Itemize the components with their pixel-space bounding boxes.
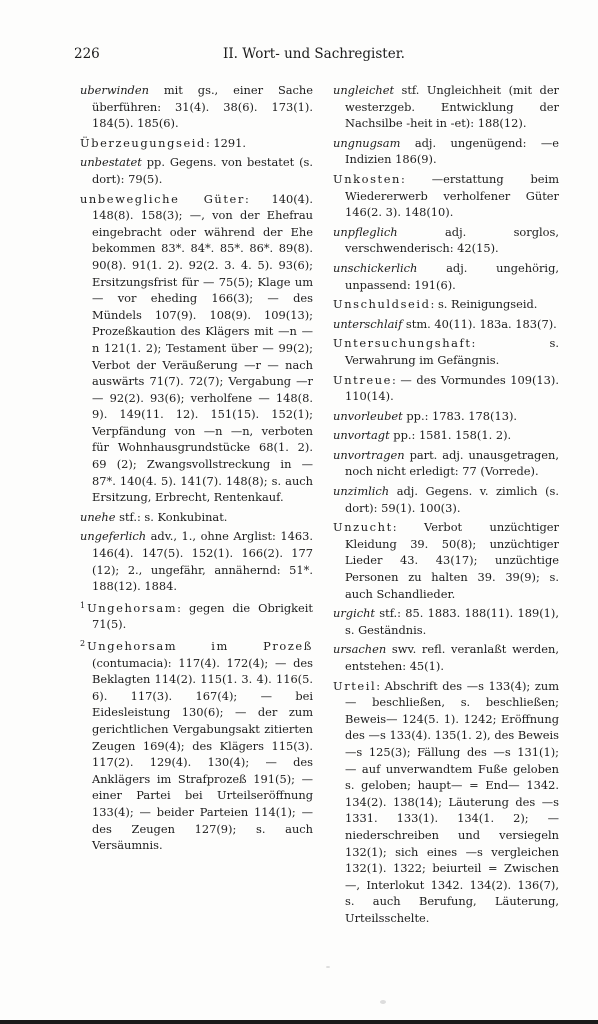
index-entry: 2Ungehorsam im Prozeß (contumacia): 117(… <box>80 636 313 854</box>
index-entry: urgicht stf.: 85. 1883. 188(11). 189(1),… <box>333 605 559 638</box>
index-entry: 1Ungehorsam: gegen die Obrigkeit 71(5). <box>80 598 313 633</box>
entry-text: : Abschrift des —s 133(4); zum — beschli… <box>345 679 559 925</box>
index-entry: uberwinden mit gs., einer Sache überführ… <box>80 82 313 132</box>
scanned-index-page: 226 II. Wort- und Sachregister. uberwind… <box>0 0 598 1024</box>
index-entry: Urteil: Abschrift des —s 133(4); zum — b… <box>333 678 559 927</box>
scan-speck <box>380 1000 386 1004</box>
entry-text: stm. 40(11). 183a. 183(7). <box>402 317 556 331</box>
entry-text: : 140(4). 148(8). 158(3); —, von der Ehe… <box>92 192 313 505</box>
entry-lemma: unbewegliche Güter <box>80 192 245 206</box>
index-entry: unvorleubet pp.: 1783. 178(13). <box>333 408 559 425</box>
entry-lemma: unvortragen <box>333 448 405 462</box>
entry-lemma: urgicht <box>333 606 375 620</box>
entry-lemma: unbestatet <box>80 155 142 169</box>
index-entry: unvortagt pp.: 1581. 158(1. 2). <box>333 427 559 444</box>
page-header: 226 II. Wort- und Sachregister. <box>74 46 554 66</box>
entry-lemma: ungnugsam <box>333 136 400 150</box>
entry-lemma: unzimlich <box>333 484 389 498</box>
entry-lemma: Ungehorsam <box>87 601 177 615</box>
right-column: ungleichet stf. Ungleichheit (mit der we… <box>333 82 559 930</box>
index-entry: unbestatet pp. Gegens. von bestatet (s. … <box>80 154 313 187</box>
index-entry: Unzucht: Verbot unzüchtiger Kleidung 39.… <box>333 519 559 602</box>
entry-text: : 1291. <box>206 136 246 150</box>
entry-lemma: Unkosten <box>333 172 401 186</box>
index-entry: unvortragen part. adj. unausgetragen, no… <box>333 447 559 480</box>
entry-lemma: ungleichet <box>333 83 394 97</box>
entry-lemma: Ungehorsam im Prozeß <box>87 639 313 653</box>
scan-border <box>0 1020 598 1024</box>
entry-lemma: unschickerlich <box>333 261 417 275</box>
entry-lemma: Überzeugungseid <box>80 136 206 150</box>
index-entry: ursachen swv. refl. veranlaßt werden, en… <box>333 641 559 674</box>
entry-superscript: 2 <box>80 639 85 648</box>
index-entry: ungleichet stf. Ungleichheit (mit der we… <box>333 82 559 132</box>
entry-superscript: 1 <box>80 601 85 610</box>
index-entry: ungeferlich adv., 1., ohne Arglist: 1463… <box>80 528 313 594</box>
index-entry: unpfleglich adj. sorglos, verschwenderis… <box>333 224 559 257</box>
index-entry: unzimlich adj. Gegens. v. zimlich (s. do… <box>333 483 559 516</box>
index-entry: Unkosten: —erstattung beim Wiedererwerb … <box>333 171 559 221</box>
entry-text: (contumacia): 117(4). 172(4); — des Bekl… <box>92 656 313 853</box>
entry-lemma: Untreue <box>333 373 392 387</box>
entry-lemma: uberwinden <box>80 83 149 97</box>
index-entry: ungnugsam adj. ungenügend: —e Indizien 1… <box>333 135 559 168</box>
left-column: uberwinden mit gs., einer Sache überführ… <box>80 82 313 857</box>
entry-lemma: Urteil <box>333 679 376 693</box>
entry-lemma: Unzucht <box>333 520 393 534</box>
index-entry: unschickerlich adj. ungehörig, unpassend… <box>333 260 559 293</box>
index-entry: unterschlaif stm. 40(11). 183a. 183(7). <box>333 316 559 333</box>
index-entry: Untreue: — des Vormundes 109(13). 110(14… <box>333 372 559 405</box>
scan-speck <box>326 966 330 968</box>
entry-text: stf.: 85. 1883. 188(11). 189(1), s. Gest… <box>345 606 559 637</box>
entry-lemma: ungeferlich <box>80 529 146 543</box>
index-entry: Überzeugungseid: 1291. <box>80 135 313 152</box>
entry-lemma: ursachen <box>333 642 386 656</box>
entry-text: stf.: s. Konkubinat. <box>116 510 228 524</box>
entry-lemma: unvorleubet <box>333 409 403 423</box>
entry-text: pp.: 1783. 178(13). <box>403 409 517 423</box>
index-entry: unbewegliche Güter: 140(4). 148(8). 158(… <box>80 191 313 506</box>
entry-lemma: unpfleglich <box>333 225 398 239</box>
entry-lemma: Unschuldseid <box>333 297 431 311</box>
entry-lemma: unehe <box>80 510 116 524</box>
entry-lemma: Untersuchungshaft <box>333 336 472 350</box>
index-entry: unehe stf.: s. Konkubinat. <box>80 509 313 526</box>
entry-lemma: unvortagt <box>333 428 390 442</box>
entry-lemma: unterschlaif <box>333 317 402 331</box>
running-title: II. Wort- und Sachregister. <box>74 46 554 62</box>
entry-text: : s. Reinigungseid. <box>431 297 538 311</box>
index-entry: Unschuldseid: s. Reinigungseid. <box>333 296 559 313</box>
index-entry: Untersuchungshaft: s. Verwahrung im Gefä… <box>333 335 559 368</box>
entry-text: pp.: 1581. 158(1. 2). <box>390 428 512 442</box>
